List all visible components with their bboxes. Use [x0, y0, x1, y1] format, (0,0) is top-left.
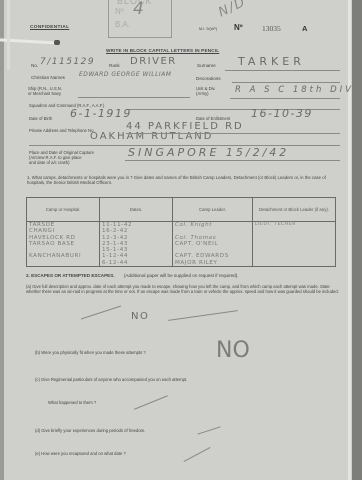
block-stamp-line3: B.A. — [115, 20, 130, 29]
block-cell — [253, 260, 336, 267]
form-code: M.I. 9/(AP) — [199, 27, 217, 31]
column-header-dates: Dates. — [100, 198, 173, 222]
surname-underline — [225, 70, 340, 71]
camps-table: Camp or Hospital. Dates. Camp Leader. De… — [26, 197, 336, 267]
tag-string-vertical — [7, 0, 10, 70]
column-header-camp: Camp or Hospital. — [27, 198, 100, 222]
answer-b[interactable]: NO — [216, 338, 250, 363]
unit-label-2: (Army) — [196, 91, 215, 96]
column-header-block-leader: Detachment or Block Leader (if any). — [253, 198, 336, 222]
date-cell: 6-12-44 — [100, 260, 173, 267]
surname-value[interactable]: TARKER — [238, 55, 305, 68]
question-c: (c) Give Regimental particulars of anyon… — [35, 377, 187, 382]
camp-cell: TARSOE — [27, 222, 100, 229]
question-d: (d) Give briefly your experiences during… — [35, 428, 145, 433]
block-stamp-no-label: Nº — [115, 7, 124, 16]
section2-note: (Additional paper will be supplied on re… — [124, 273, 239, 278]
section1-question: 1. What camps, detachments or hospitals … — [27, 175, 343, 186]
form-number-label: Nº — [234, 23, 243, 32]
unit-label: Unit & Div. (Army) — [196, 86, 215, 96]
leader-cell: Col. Knight — [173, 222, 253, 229]
unit-value[interactable]: R A S C 18th DIV — [235, 85, 354, 95]
no-value[interactable]: 7/115129 — [40, 57, 95, 67]
table-row: 6-12-44 MAJOR RILEY — [27, 260, 336, 267]
address-underline-1 — [126, 133, 340, 134]
enlistment-value[interactable]: 16-10-39 — [251, 107, 313, 120]
ship-underline — [78, 97, 190, 98]
section2-title: 2. ESCAPES OR ATTEMPTED ESCAPES. — [26, 273, 115, 278]
instruction-heading: WRITE IN BLOCK CAPITAL LETTERS IN PENCIL — [106, 48, 219, 53]
christian-names-label: Christian Names — [31, 75, 65, 80]
question-c-sub: What happened to them ? — [48, 400, 96, 405]
decorations-underline — [232, 82, 340, 83]
column-header-camp-leader: Camp Leader. — [173, 198, 253, 222]
capture-value[interactable]: SINGAPORE 15/2/42 — [128, 146, 289, 159]
address-label: Private Address and Telephone No. — [29, 128, 95, 133]
dob-value[interactable]: 6-1-1919 — [70, 107, 132, 120]
section2-heading: 2. ESCAPES OR ATTEMPTED ESCAPES. (Additi… — [26, 273, 239, 278]
date-cell: 11-11-42 — [100, 222, 173, 229]
decorations-label: Decorations — [196, 76, 221, 81]
background-edge — [352, 0, 362, 480]
confidential-label: CONFIDENTIAL — [30, 25, 69, 30]
no-label: No. — [31, 63, 38, 68]
tag-knot — [54, 40, 60, 45]
block-stamp-no-value: 4 — [133, 0, 145, 19]
table-row: TARSOE 11-11-42 Col. Knight LIEUT. TECHE… — [27, 222, 336, 229]
block-stamp: BLOCK Nº 4 B.A. — [108, 0, 172, 38]
dob-label: Date of Birth — [29, 116, 52, 121]
ship-label: Ship (R.N., U.S.N. or Merchant Navy — [28, 86, 62, 96]
unit-underline — [230, 98, 340, 99]
question-e: (e) How were you recaptured and on what … — [35, 451, 126, 456]
form-series: A — [302, 24, 307, 33]
form-serial-number: 13035 — [262, 24, 281, 33]
question-a: (a) Give full description and approx. da… — [26, 284, 340, 295]
block-cell: LIEUT. TECHER — [253, 222, 336, 229]
ship-label-2: or Merchant Navy — [28, 91, 62, 96]
camp-cell — [27, 260, 100, 267]
rank-label: Rank — [109, 63, 120, 68]
page-edge — [348, 0, 351, 480]
capture-underline — [125, 160, 340, 161]
surname-label: Surname — [197, 63, 216, 68]
christian-names-value[interactable]: EDWARD GEORGE WILLIAM — [79, 71, 171, 78]
capture-label-3: and date of a/c crash) — [29, 160, 94, 165]
leader-cell: MAJOR RILEY — [173, 260, 253, 267]
rank-value[interactable]: DRIVER — [130, 56, 177, 67]
answer-a[interactable]: NO — [131, 311, 149, 322]
question-b: (b) Were you physically fit when you mad… — [35, 350, 146, 355]
capture-label: Place and Date of Original Capture (Airc… — [29, 150, 94, 165]
